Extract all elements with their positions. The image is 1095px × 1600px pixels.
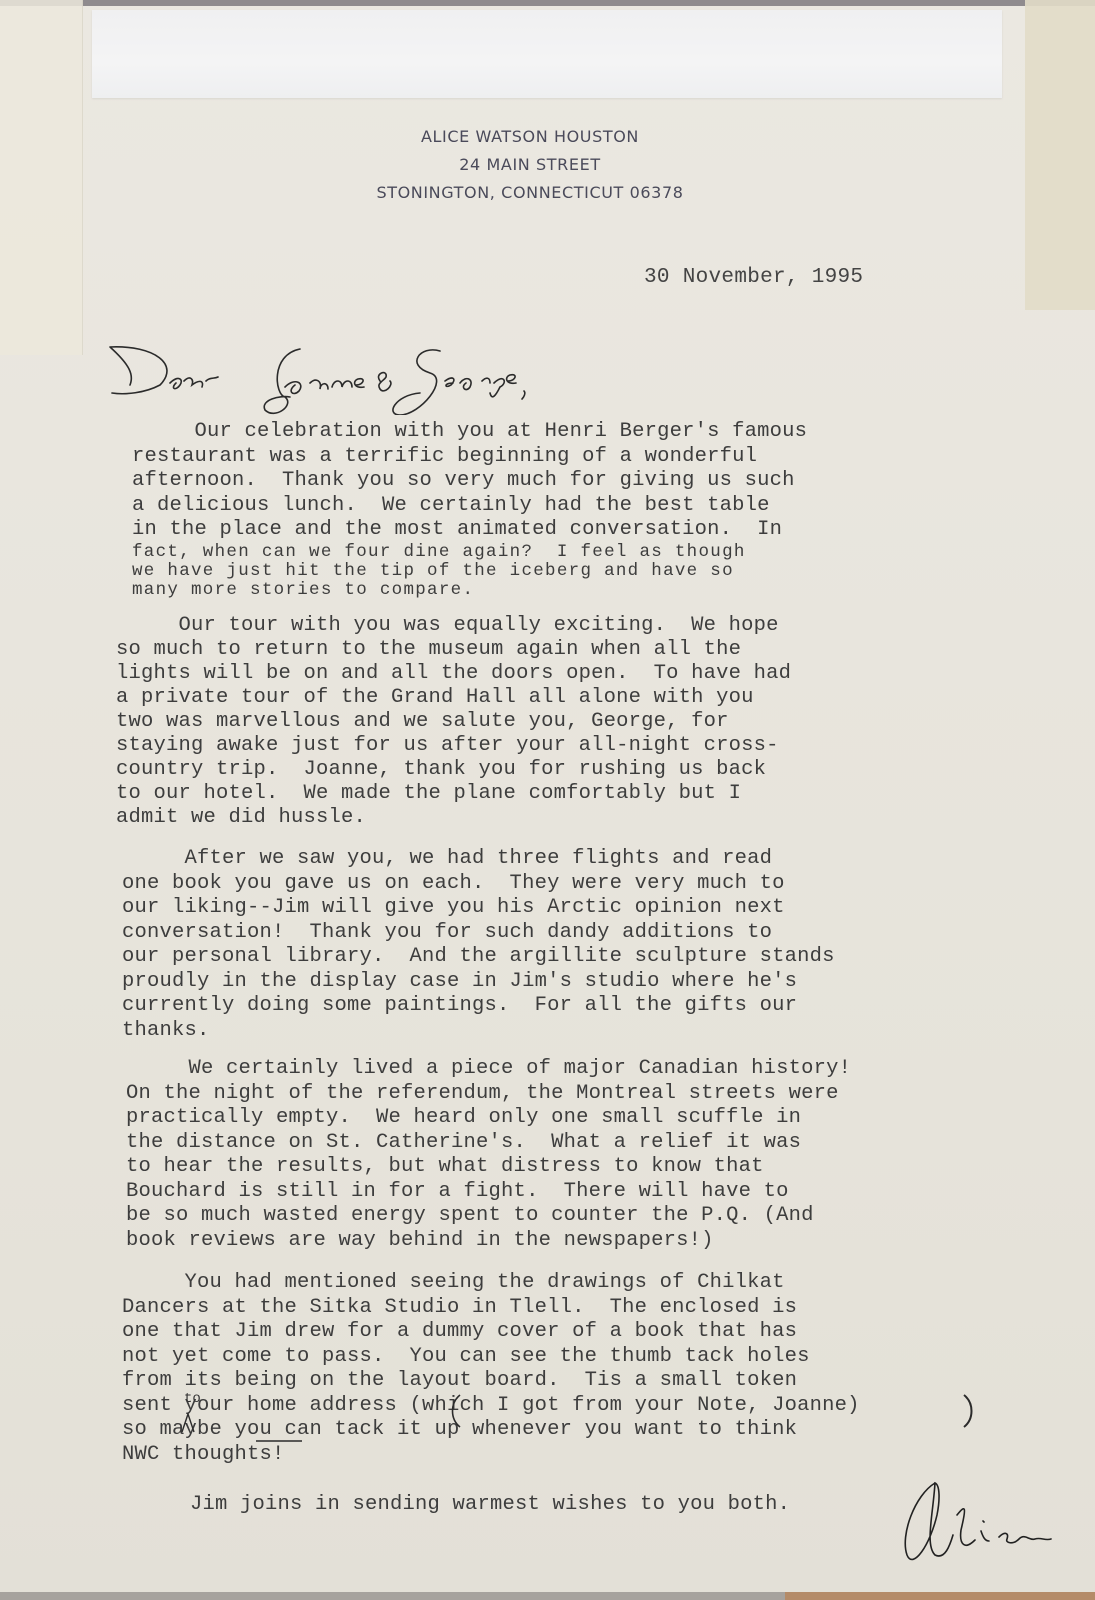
text-line: a delicious lunch. We certainly had the … — [132, 494, 807, 519]
text-line: in the place and the most animated conve… — [132, 518, 807, 543]
text-line: the distance on St. Catherine's. What a … — [126, 1131, 851, 1156]
text-line: book reviews are way behind in the newsp… — [126, 1229, 851, 1254]
text-line: so maybe you can tack it up whenever you… — [122, 1418, 860, 1443]
text-line: fact, when can we four dine again? I fee… — [132, 543, 807, 562]
paragraph-2: Our tour with you was equally exciting. … — [116, 614, 791, 830]
text-line: You had mentioned seeing the drawings of… — [122, 1271, 860, 1296]
paragraph-3: After we saw you, we had three flights a… — [122, 847, 835, 1043]
text-line: lights will be on and all the doors open… — [116, 662, 791, 686]
text-line: NWC thoughts! — [122, 1443, 860, 1468]
text-line: On the night of the referendum, the Mont… — [126, 1082, 851, 1107]
text-line: We certainly lived a piece of major Cana… — [126, 1057, 851, 1082]
text-line: country trip. Joanne, thank you for rush… — [116, 758, 791, 782]
text-line: After we saw you, we had three flights a… — [122, 847, 835, 872]
handwritten-close-paren-icon — [960, 1393, 976, 1429]
text-line: be so much wasted energy spent to counte… — [126, 1204, 851, 1229]
text-line: not yet come to pass. You can see the th… — [122, 1345, 860, 1370]
text-line: a private tour of the Grand Hall all alo… — [116, 686, 791, 710]
letterhead-name: ALICE WATSON HOUSTON — [0, 123, 1060, 151]
tape-strip-top — [92, 10, 1002, 98]
background-edge — [0, 1592, 1095, 1600]
handwritten-open-paren-icon — [448, 1393, 464, 1429]
caret-insert-mark-icon — [180, 1408, 196, 1434]
text-line: proudly in the display case in Jim's stu… — [122, 970, 835, 995]
text-line: so much to return to the museum again wh… — [116, 638, 791, 662]
text-line: to our hotel. We made the plane comforta… — [116, 782, 791, 806]
text-line: we have just hit the tip of the iceberg … — [132, 562, 807, 581]
text-line: sent your home address (which I got from… — [122, 1394, 860, 1419]
text-line: Bouchard is still in for a fight. There … — [126, 1180, 851, 1205]
letterhead-street: 24 MAIN STREET — [0, 151, 1060, 179]
text-line: currently doing some paintings. For all … — [122, 994, 835, 1019]
text-line: many more stories to compare. — [132, 581, 807, 600]
letterhead-city: STONINGTON, CONNECTICUT 06378 — [0, 179, 1060, 207]
text-line: one book you gave us on each. They were … — [122, 872, 835, 897]
text-line: our personal library. And the argillite … — [122, 945, 835, 970]
text-line: practically empty. We heard only one sma… — [126, 1106, 851, 1131]
text-line: restaurant was a terrific beginning of a… — [132, 445, 807, 470]
text-line: one that Jim drew for a dummy cover of a… — [122, 1320, 860, 1345]
handwritten-insertion: to — [184, 1391, 201, 1407]
handwritten-underline-icon — [256, 1439, 302, 1443]
table-surface — [785, 1592, 1095, 1600]
text-line: Our tour with you was equally exciting. … — [116, 614, 791, 638]
paragraph-5: You had mentioned seeing the drawings of… — [122, 1271, 860, 1467]
closing-line: Jim joins in sending warmest wishes to y… — [190, 1493, 790, 1516]
text-line: staying awake just for us after your all… — [116, 734, 791, 758]
paragraph-1: Our celebration with you at Henri Berger… — [132, 420, 807, 600]
handwritten-signature: Alice — [895, 1475, 1095, 1585]
text-line: from its being on the layout board. Tis … — [122, 1369, 860, 1394]
handwritten-salutation: Dear Joanne & George, — [100, 335, 700, 415]
text-line: Dancers at the Sitka Studio in Tlell. Th… — [122, 1296, 860, 1321]
text-line: afternoon. Thank you so very much for gi… — [132, 469, 807, 494]
letterhead: ALICE WATSON HOUSTON 24 MAIN STREET STON… — [0, 123, 1060, 207]
letter-date: 30 November, 1995 — [644, 266, 863, 289]
text-line: Our celebration with you at Henri Berger… — [132, 420, 807, 445]
signature-script-icon — [895, 1475, 1095, 1585]
text-line: our liking--Jim will give you his Arctic… — [122, 896, 835, 921]
text-line: two was marvellous and we salute you, Ge… — [116, 710, 791, 734]
salutation-script-icon — [100, 335, 700, 415]
text-line: thanks. — [122, 1019, 835, 1044]
text-line: to hear the results, but what distress t… — [126, 1155, 851, 1180]
text-line: conversation! Thank you for such dandy a… — [122, 921, 835, 946]
paragraph-4: We certainly lived a piece of major Cana… — [126, 1057, 851, 1253]
text-line: admit we did hussle. — [116, 806, 791, 830]
